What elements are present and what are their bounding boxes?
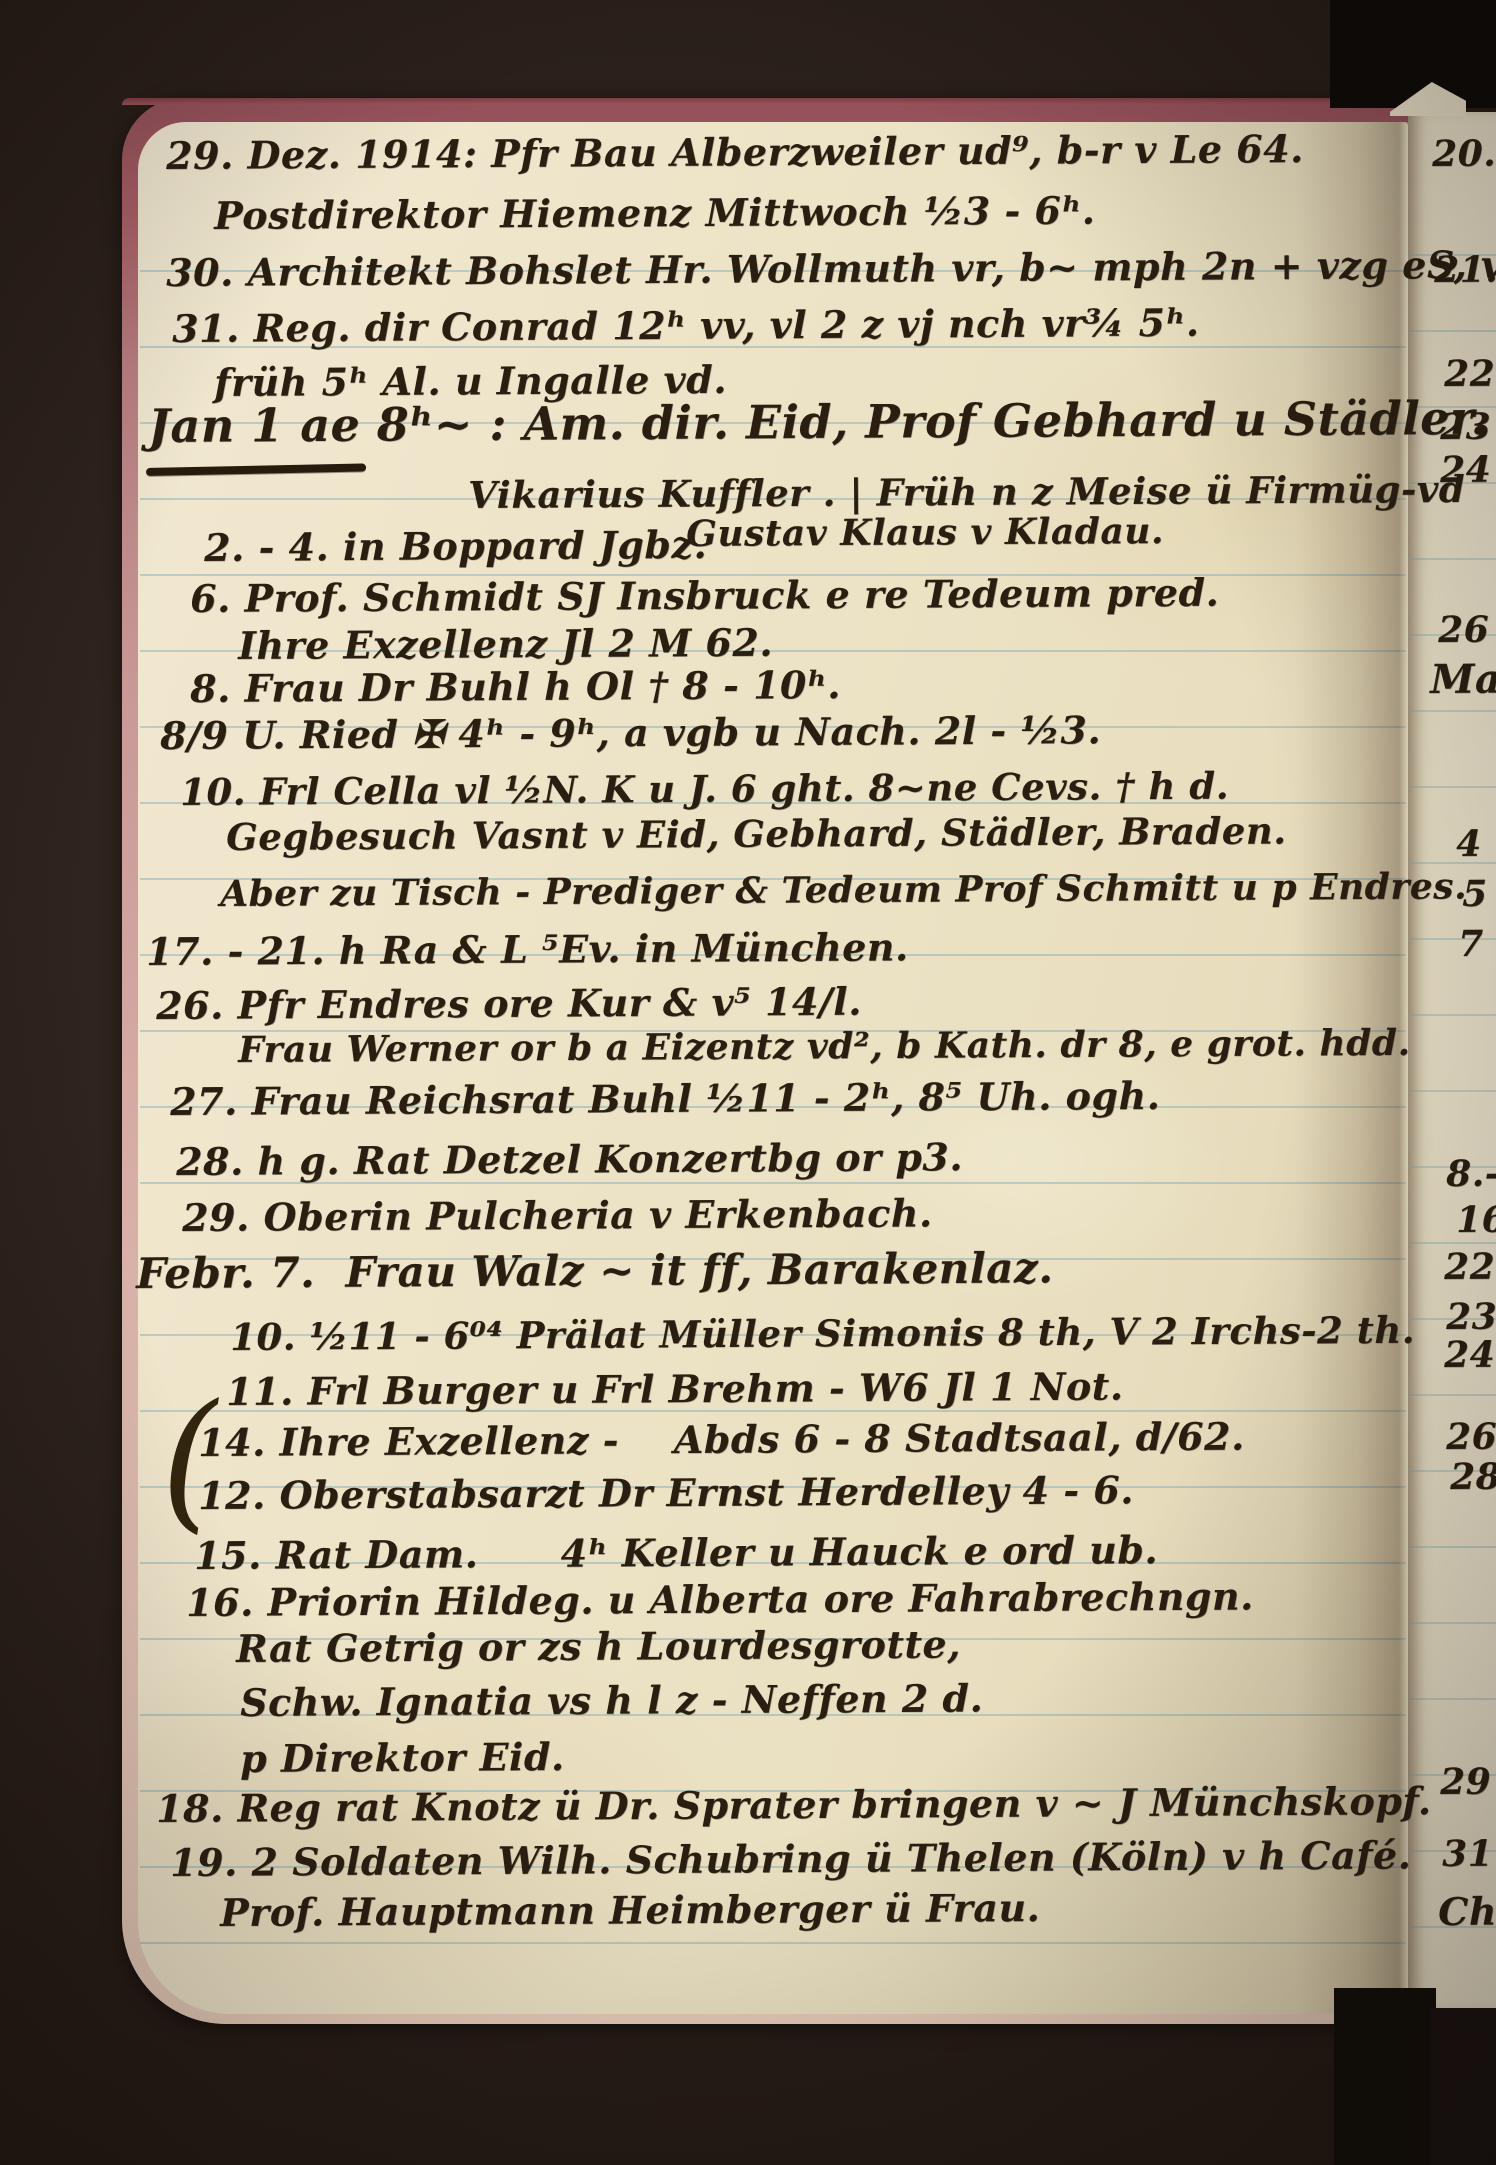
facing-page-sliver [1408,112,1496,2012]
book-board-top-right [1330,0,1496,108]
notebook-page [138,122,1408,2014]
book-board-bottom-right [1430,2008,1496,2165]
book-board-bottom-strip [1334,1988,1436,2165]
gutter-shadow [1296,122,1408,2014]
margin-bracket: ( [157,1385,221,1537]
